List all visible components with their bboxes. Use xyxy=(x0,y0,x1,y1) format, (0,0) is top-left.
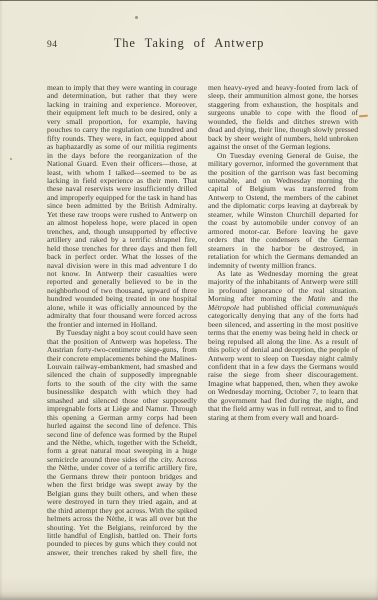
running-title: The Taking of Antwerp xyxy=(0,36,378,51)
paragraph: mean to imply that they were wanting in … xyxy=(47,84,197,329)
margin-crayon-mark xyxy=(359,115,368,118)
text-segment: mean to imply that they were wanting in … xyxy=(47,84,197,329)
paper-speck xyxy=(10,158,12,160)
book-page: 94 The Taking of Antwerp mean to imply t… xyxy=(0,0,378,600)
page-top-edge xyxy=(0,0,378,1)
text-segment: categorically denying that any of the fo… xyxy=(208,311,358,421)
paragraph: On Tuesday evening General de Guise, the… xyxy=(208,152,358,270)
paragraph: As late as Wednesday morning the great m… xyxy=(208,270,358,422)
page-header: 94 The Taking of Antwerp xyxy=(0,36,378,54)
paper-speck xyxy=(135,16,138,19)
text-segment: On Tuesday evening General de Guise, the… xyxy=(208,151,358,270)
body-text-columns: mean to imply that they were wanting in … xyxy=(47,84,358,560)
page-bottom-shadow xyxy=(0,591,378,600)
